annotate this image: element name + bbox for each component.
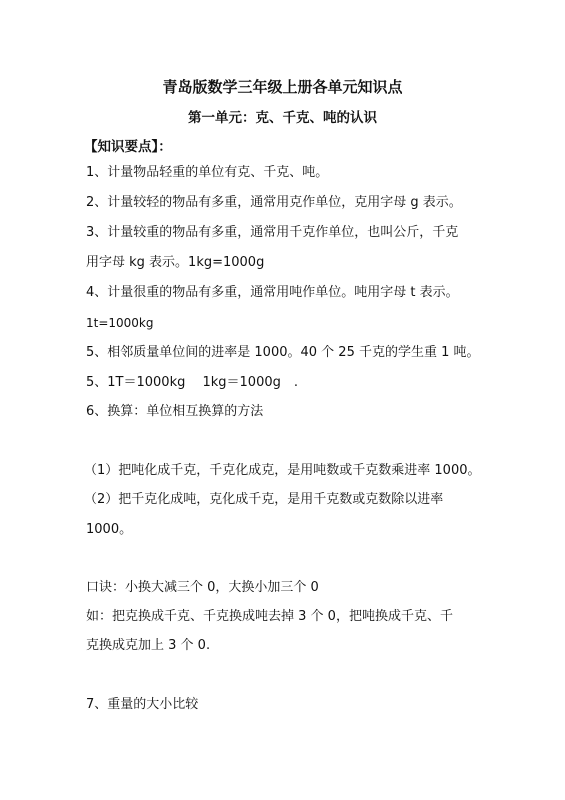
section-heading: 【知识要点】： (84, 135, 172, 155)
conversion-2: （2）把千克化成吨，克化成千克，是用千克数或克数除以进率 (84, 492, 443, 508)
point-3: 3、计量较重的物品有多重，通常用千克作单位，也叫公斤，千克 (86, 225, 458, 241)
document-title: 青岛版数学三年级上册各单元知识点 (0, 76, 565, 97)
point-5: 5、相邻质量单位间的进率是 1000。40 个 25 千克的学生重 1 吨。 (86, 345, 480, 361)
point-7: 7、重量的大小比较 (86, 697, 198, 713)
point-3-cont: 用字母 kg 表示。1kg=1000g (86, 255, 264, 271)
point-1: 1、计量物品轻重的单位有克、千克、吨。 (86, 165, 328, 181)
unit-subtitle: 第一单元：克、千克、吨的认识 (0, 106, 565, 126)
example: 如：把克换成千克、千克换成吨去掉 3 个 0，把吨换成千克、千 (86, 609, 453, 625)
conversion-2-cont: 1000。 (86, 522, 132, 538)
point-2: 2、计量较轻的物品有多重，通常用克作单位，克用字母 g 表示。 (86, 195, 462, 211)
mnemonic: 口诀：小换大减三个 0，大换小加三个 0 (86, 580, 319, 596)
point-4-cont: 1t=1000kg (86, 315, 154, 331)
conversion-1: （1）把吨化成千克，千克化成克，是用吨数或千克数乘进率 1000。 (84, 463, 481, 479)
point-5-formula: 5、1T＝1000kg 1kg＝1000g . (86, 375, 298, 391)
point-6: 6、换算：单位相互换算的方法 (86, 404, 263, 420)
example-cont: 克换成克加上 3 个 0. (86, 638, 210, 654)
point-4: 4、计量很重的物品有多重，通常用吨作单位。吨用字母 t 表示。 (86, 285, 459, 301)
